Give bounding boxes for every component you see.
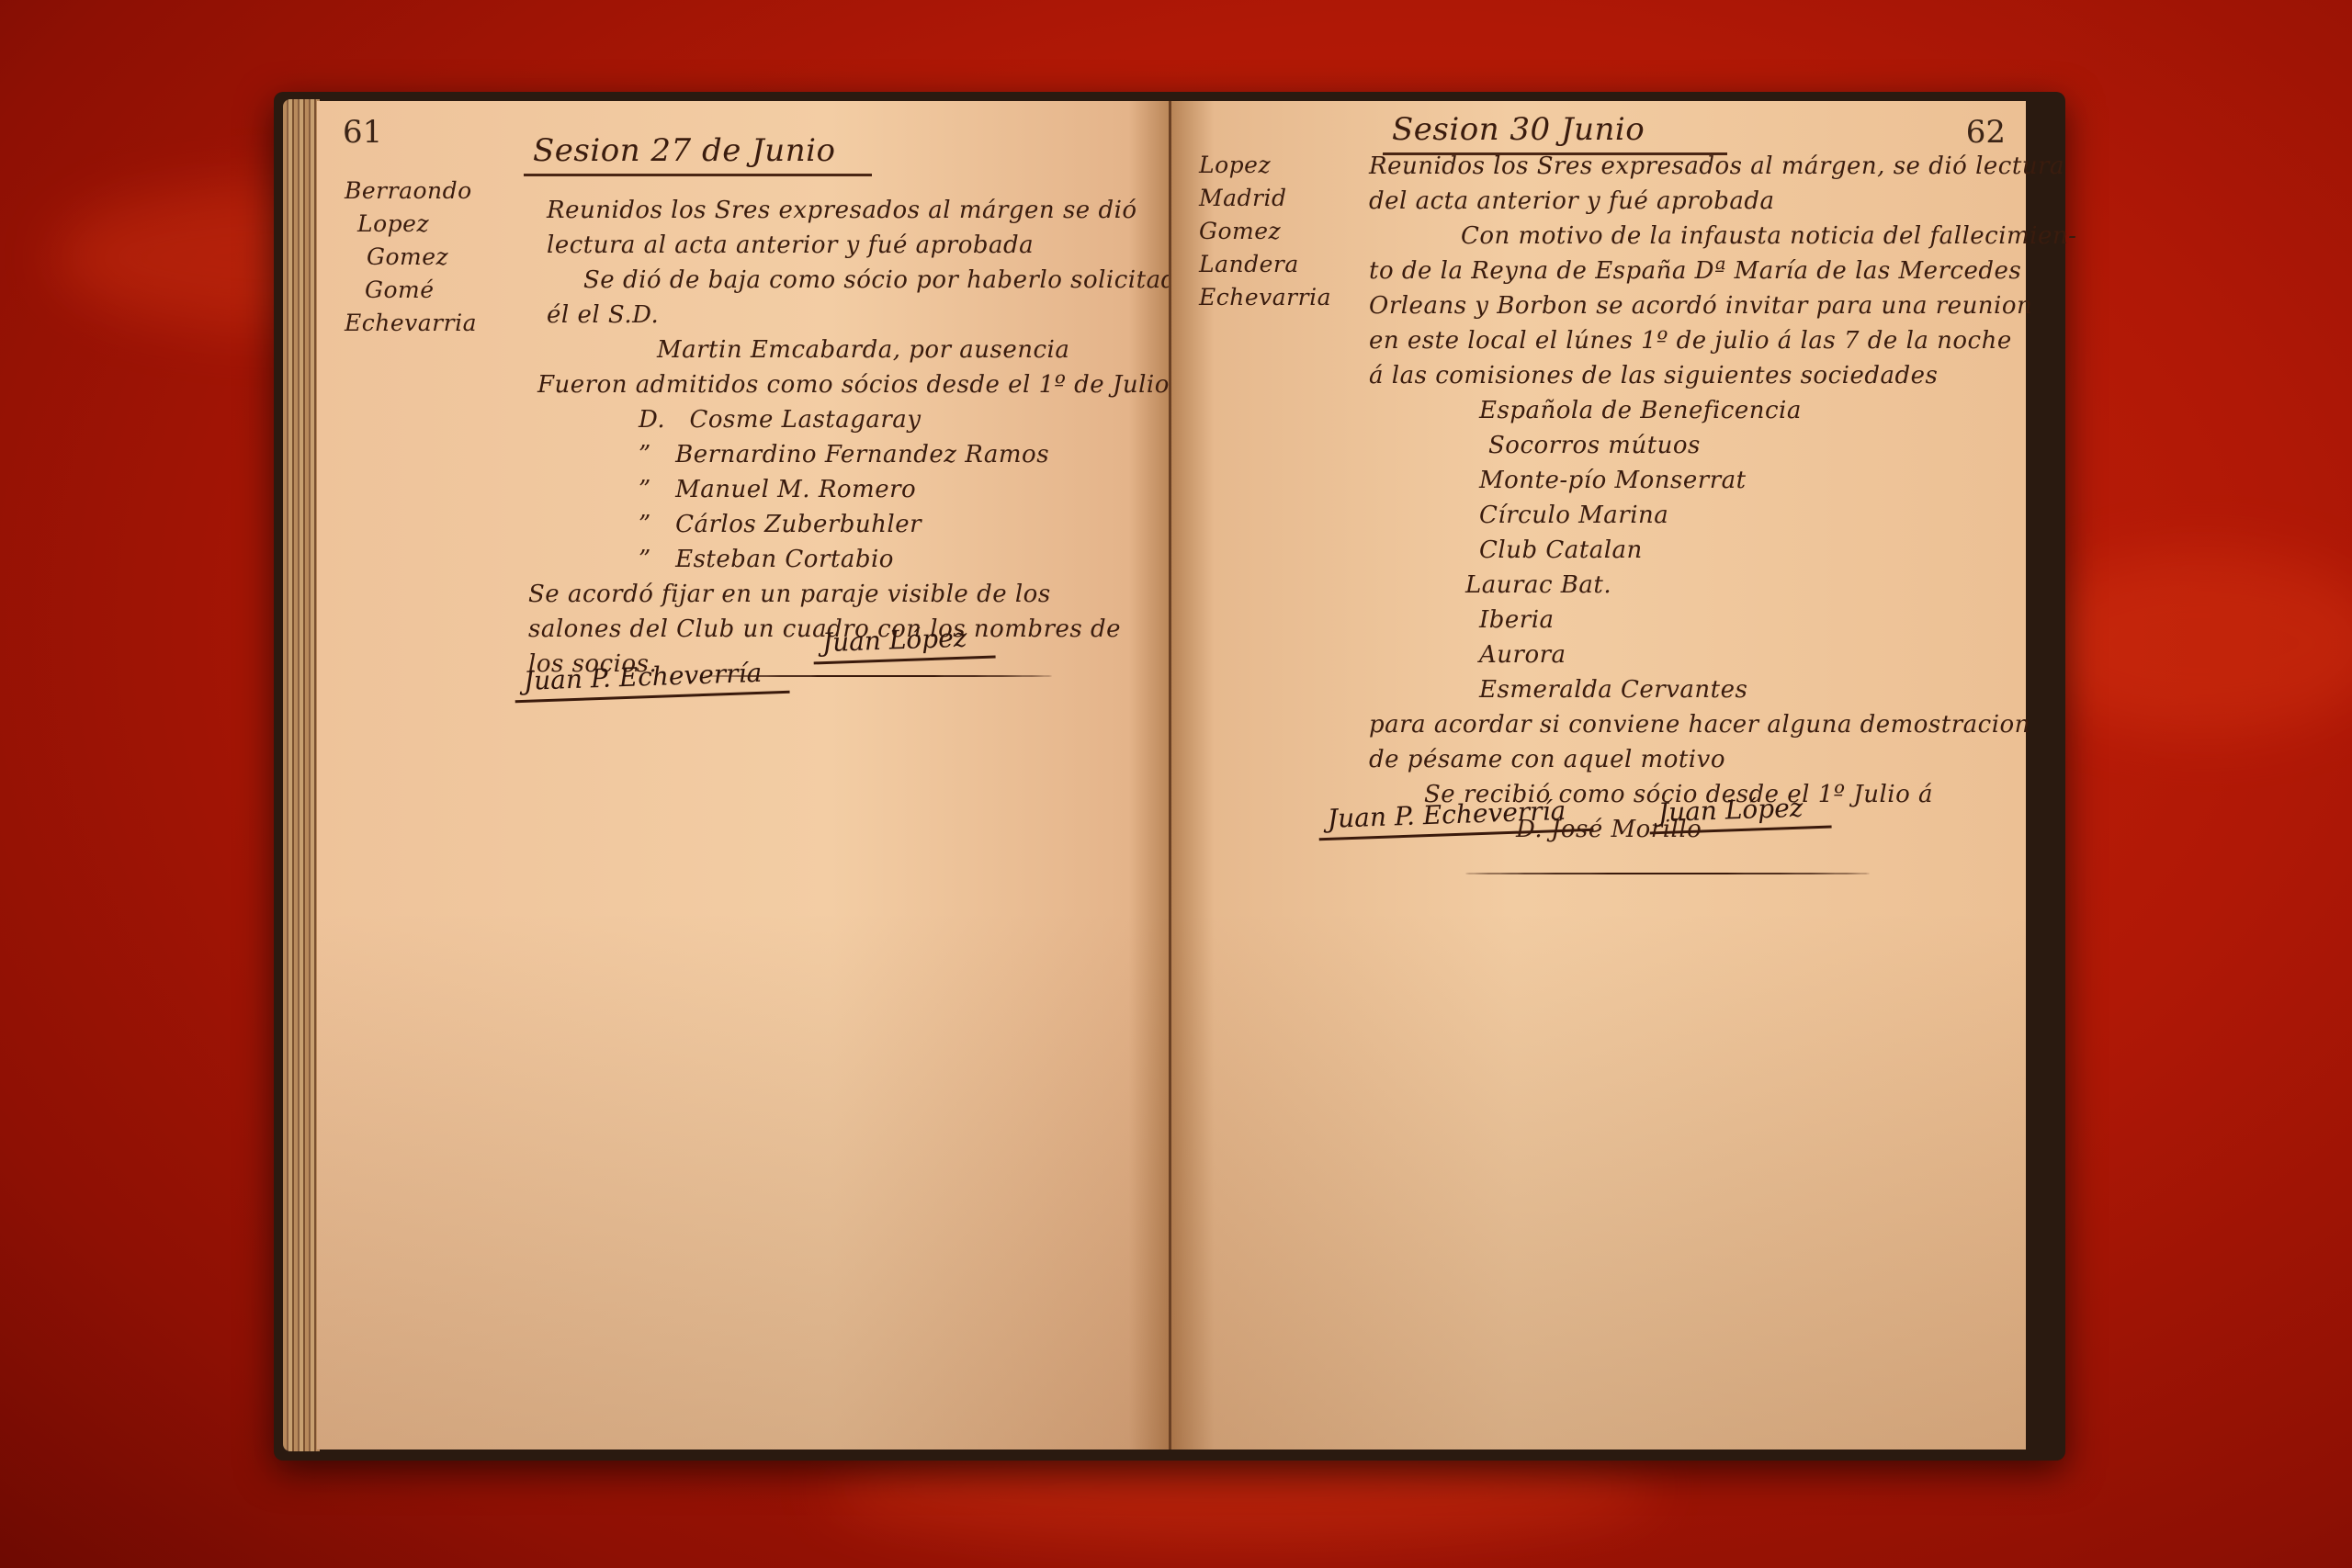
page-edges <box>283 99 320 1451</box>
admitted-member: ” Bernardino Fernandez Ramos <box>528 437 1192 472</box>
admitted-member: ” Cárlos Zuberbuhler <box>528 507 1192 542</box>
signature-flourish <box>1465 873 1870 874</box>
minutes-line: Reunidos los Sres expresados al márgen, … <box>1369 149 2076 184</box>
minutes-line: Se dió de baja como sócio por haberlo so… <box>528 263 1192 298</box>
left-page: 61 Sesion 27 de Junio Berraondo Lopez Go… <box>317 101 1171 1450</box>
right-page: 62 Sesion 30 Junio Lopez Madrid Gomez La… <box>1171 101 2026 1450</box>
society-item: Círculo Marina <box>1369 498 2076 533</box>
minutes-line: en este local el lúnes 1º de julio á las… <box>1369 323 2076 358</box>
minutes-line: Martin Emcabarda, por ausencia <box>528 333 1192 367</box>
society-item: Socorros mútuos <box>1369 428 2076 463</box>
minutes-body: Reunidos los Sres expresados al márgen, … <box>1369 149 2076 847</box>
attendee: Gomez <box>345 241 477 274</box>
attendee-list: Lopez Madrid Gomez Landera Echevarria <box>1199 149 1331 314</box>
session-title: Sesion 27 de Junio <box>524 133 872 176</box>
minutes-line: Fueron admitidos como sócios desde el 1º… <box>528 367 1192 402</box>
minutes-line: Con motivo de la infausta noticia del fa… <box>1369 219 2076 254</box>
attendee: Berraondo <box>345 175 477 208</box>
society-item: Club Catalan <box>1369 533 2076 568</box>
minutes-body: Reunidos los Sres expresados al márgen s… <box>528 193 1192 682</box>
admitted-member: ” Esteban Cortabio <box>528 542 1192 577</box>
signature-flourish <box>703 675 1052 677</box>
minutes-line: á las comisiones de las siguientes socie… <box>1369 358 2076 393</box>
admitted-member: D. Cosme Lastagaray <box>528 402 1192 437</box>
minutes-line: de pésame con aquel motivo <box>1369 742 2076 777</box>
minutes-line: para acordar si conviene hacer alguna de… <box>1369 707 2076 742</box>
attendee: Landera <box>1199 248 1331 281</box>
admitted-member: ” Manuel M. Romero <box>528 472 1192 507</box>
minutes-line: Reunidos los Sres expresados al márgen s… <box>528 193 1192 228</box>
attendee: Echevarria <box>345 307 477 340</box>
society-item: Aurora <box>1369 637 2076 672</box>
attendee: Madrid <box>1199 182 1331 215</box>
society-item: Laurac Bat. <box>1369 568 2076 603</box>
page-number: 62 <box>1966 114 2006 151</box>
society-item: Española de Beneficencia <box>1369 393 2076 428</box>
minutes-line: lectura al acta anterior y fué aprobada <box>528 228 1192 263</box>
signature: Juan López <box>1648 792 1831 835</box>
page-number: 61 <box>343 114 382 151</box>
attendee: Echevarria <box>1199 281 1331 314</box>
minutes-line: del acta anterior y fué aprobada <box>1369 184 2076 219</box>
signature: Juan López <box>812 622 995 665</box>
minutes-line: Se acordó fijar en un paraje visible de … <box>528 577 1192 612</box>
society-item: Monte-pío Monserrat <box>1369 463 2076 498</box>
minutes-line: Orleans y Borbon se acordó invitar para … <box>1369 288 2076 323</box>
society-item: Iberia <box>1369 603 2076 637</box>
minutes-line: to de la Reyna de España Dª María de las… <box>1369 254 2076 288</box>
attendee-list: Berraondo Lopez Gomez Gomé Echevarria <box>345 175 477 340</box>
attendee: Lopez <box>345 208 477 241</box>
attendee: Gomez <box>1199 215 1331 248</box>
attendee: Lopez <box>1199 149 1331 182</box>
minutes-line: él el S.D. <box>528 298 1192 333</box>
society-item: Esmeralda Cervantes <box>1369 672 2076 707</box>
attendee: Gomé <box>345 274 477 307</box>
